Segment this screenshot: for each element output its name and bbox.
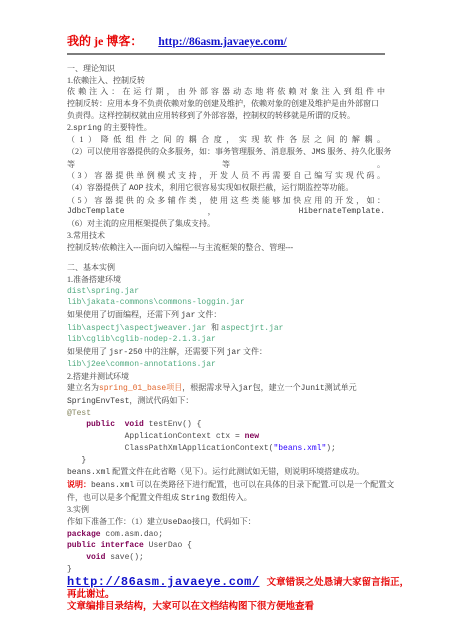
text-segment: spring bbox=[73, 124, 102, 133]
text-line: （1）降低组件之间的耦合度，实现软件各层之间的解耦。 bbox=[67, 134, 385, 146]
text-segment: 如果使用了切面编程，还需下列 bbox=[67, 310, 181, 319]
text-segment: 等 bbox=[67, 159, 75, 171]
text-segment: dist\spring.jar bbox=[67, 287, 139, 296]
text-line: ApplicationContext ctx = new bbox=[67, 431, 385, 443]
text-segment: 项目 bbox=[166, 383, 182, 392]
text-segment: 文章编排目录结构，大家可以在文档结构图下很方便地查看 bbox=[67, 602, 314, 612]
text-segment: 文件： bbox=[195, 310, 221, 319]
text-segment: jar bbox=[181, 311, 195, 320]
text-line: 再此谢过。 bbox=[67, 589, 385, 601]
text-segment: （6）对主流的应用框架提供了集成支持。 bbox=[67, 219, 215, 228]
text-line: 3.常用技术 bbox=[67, 230, 385, 242]
text-line: 二、基本实例 bbox=[67, 262, 385, 274]
text-line: package com.asm.dao; bbox=[67, 529, 385, 541]
text-segment: 2.搭建并测试环境 bbox=[67, 372, 129, 381]
text-segment: com.asm.dao; bbox=[101, 530, 163, 539]
text-line: 2.spring 的主要特性。 bbox=[67, 122, 385, 135]
text-line: 1.依赖注入、控制反转 bbox=[67, 75, 385, 87]
text-segment: 数组传入。 bbox=[210, 493, 252, 502]
page-content: 我的 je 博客：http://86asm.javaeye.com/ 一、理论知… bbox=[67, 33, 385, 613]
text-segment: ，测试代码如下： bbox=[129, 396, 193, 405]
text-segment: ClassPathXmlApplicationContext( bbox=[67, 444, 273, 453]
text-line: 2.搭建并测试环境 bbox=[67, 371, 385, 383]
text-line: lib\j2ee\common-annotations.jar bbox=[67, 359, 385, 371]
text-segment: 可以在类路径下进行配置，也可以在具体的目录下配置.可以是一个配置文 bbox=[134, 480, 394, 489]
text-line: 如果使用了切面编程，还需下列 jar 文件： bbox=[67, 309, 385, 322]
text-segment: 件，也可以是多个配置文件组成 bbox=[67, 493, 181, 502]
text-segment: （5）容器提供的众多辅作类，使用这些类能够加快应用的开发，如： bbox=[67, 196, 385, 205]
text-segment: jsr-250 bbox=[109, 348, 143, 357]
text-line: （4）容器提供了 AOP 技术，利用它很容易实现如权限拦截，运行期监控等功能。 bbox=[67, 182, 385, 195]
text-segment: @Test bbox=[67, 409, 91, 418]
text-line: 负责得。这样控制权就由应用转移到了外部容器，控制权的转移就是所谓的反转。 bbox=[67, 110, 385, 122]
text-segment: package bbox=[67, 530, 101, 539]
text-line: 件，也可以是多个配置文件组成 String 数组传入。 bbox=[67, 492, 385, 505]
text-segment: 说明： bbox=[67, 480, 91, 489]
blog-title: 我的 je 博客： bbox=[67, 34, 142, 48]
text-line: 作如下准备工作：（1）建立UseDao接口，代码如下： bbox=[67, 516, 385, 529]
text-segment: 和 bbox=[211, 323, 221, 332]
text-segment: 1.依赖注入、控制反转 bbox=[67, 76, 145, 85]
text-segment: JMS bbox=[311, 148, 325, 157]
text-line: 如果使用了 jsr-250 中的注解，还需要下列 jar 文件： bbox=[67, 346, 385, 359]
text-segment: UseDao bbox=[163, 518, 192, 527]
text-line: void save(); bbox=[67, 552, 385, 564]
text-segment: 包，建立一个 bbox=[253, 383, 301, 392]
document-page: 我的 je 博客：http://86asm.javaeye.com/ 一、理论知… bbox=[0, 0, 452, 640]
text-line: 控制反转/依赖注入---面向切入编程---与主流框架的整合、管理--- bbox=[67, 242, 385, 254]
text-segment: public bbox=[67, 541, 96, 550]
text-segment: 一、理论知识 bbox=[67, 64, 115, 73]
text-segment: 的主要特性。 bbox=[102, 123, 152, 132]
text-segment: beans.xml bbox=[67, 468, 110, 477]
text-line: 1.准备搭建环境 bbox=[67, 274, 385, 286]
text-segment: 测试单元 bbox=[325, 383, 357, 392]
text-segment: 控制反转/依赖注入---面向切入编程---与主流框架的整合、管理--- bbox=[67, 243, 293, 252]
text-segment: 3.实例 bbox=[67, 505, 89, 514]
text-line: 建立名为spring_01_base项目，根据需求导入jar包，建立一个Juni… bbox=[67, 382, 385, 395]
text-segment: 建立名为 bbox=[67, 383, 99, 392]
text-segment: lib\cglib\cglib-nodep-2.1.3.jar bbox=[67, 335, 216, 344]
text-segment: （3）容器提供单例模式支持，开发人员不再需要自己编写实现代码。 bbox=[67, 171, 385, 180]
text-segment: lib\aspectj\aspectjweaver.jar bbox=[67, 324, 211, 333]
text-segment: JdbcTemplate bbox=[67, 206, 125, 218]
text-segment: jar bbox=[227, 348, 241, 357]
text-segment: 配置文件在此省略（见下）。运行此测试如无错，则说明环境搭建成功。 bbox=[110, 467, 364, 476]
text-segment: 1.准备搭建环境 bbox=[67, 275, 121, 284]
text-segment: public bbox=[86, 420, 115, 429]
text-line: （2）可以使用容器提供的众多服务，如：事务管理服务、消息服务、JMS 服务、持久… bbox=[67, 146, 385, 159]
text-segment bbox=[67, 420, 86, 429]
text-line: lib\aspectj\aspectjweaver.jar 和 aspectjr… bbox=[67, 322, 385, 335]
text-segment: 如果使用了 bbox=[67, 347, 109, 356]
text-line: 控制反转：应用本身不负责依赖对象的创建及维护，依赖对象的创建及维护是由外部窗口 bbox=[67, 98, 385, 110]
text-segment: ， bbox=[208, 206, 216, 218]
text-segment: ，根据需求导入 bbox=[182, 383, 238, 392]
text-segment: 再此谢过。 bbox=[67, 590, 115, 600]
text-segment: interface bbox=[101, 541, 144, 550]
text-segment: 接口，代码如下： bbox=[192, 517, 256, 526]
text-segment: lib\j2ee\common-annotations.jar bbox=[67, 360, 216, 369]
text-segment: 二、基本实例 bbox=[67, 263, 115, 272]
text-line: lib\cglib\cglib-nodep-2.1.3.jar bbox=[67, 334, 385, 346]
text-segment: beans.xml bbox=[91, 481, 134, 490]
document-body: 一、理论知识1.依赖注入、控制反转依赖注入：在运行期，由外部容器动态地将依赖对象… bbox=[67, 63, 385, 613]
text-segment: 文章错误之处恳请大家留言指正， bbox=[260, 578, 410, 588]
text-segment: lib\jakata-commons\commons-loggin.jar bbox=[67, 298, 245, 307]
text-segment: jar bbox=[238, 384, 252, 393]
text-line: 等等。 bbox=[67, 159, 385, 171]
text-line: 3.实例 bbox=[67, 504, 385, 516]
header-divider bbox=[67, 53, 385, 55]
text-line: （6）对主流的应用框架提供了集成支持。 bbox=[67, 218, 385, 230]
text-segment: void bbox=[125, 420, 144, 429]
text-segment: UserDao { bbox=[144, 541, 192, 550]
text-line: 一、理论知识 bbox=[67, 63, 385, 75]
text-line: beans.xml 配置文件在此省略（见下）。运行此测试如无错，则说明环境搭建成… bbox=[67, 466, 385, 479]
text-segment: 文件： bbox=[241, 347, 267, 356]
text-line: 说明：beans.xml 可以在类路径下进行配置，也可以在具体的目录下配置.可以… bbox=[67, 479, 385, 492]
text-segment: HibernateTemplate. bbox=[299, 206, 385, 218]
text-line: public void testEnv() { bbox=[67, 419, 385, 431]
text-segment: } bbox=[67, 565, 72, 574]
text-segment: 控制反转：应用本身不负责依赖对象的创建及维护，依赖对象的创建及维护是由外部窗口 bbox=[67, 99, 379, 108]
text-segment: } bbox=[67, 456, 86, 465]
text-segment: aspectjrt.jar bbox=[221, 324, 283, 333]
text-segment: 3.常用技术 bbox=[67, 231, 105, 240]
text-line: （3）容器提供单例模式支持，开发人员不再需要自己编写实现代码。 bbox=[67, 170, 385, 182]
text-segment: ); bbox=[326, 444, 336, 453]
text-line: JdbcTemplate，HibernateTemplate. bbox=[67, 206, 385, 218]
text-segment: 。 bbox=[377, 159, 385, 171]
text-segment: SpringEnvTest bbox=[67, 397, 129, 406]
text-segment: 等 bbox=[222, 159, 230, 171]
text-line: lib\jakata-commons\commons-loggin.jar bbox=[67, 297, 385, 309]
text-segment bbox=[67, 553, 86, 562]
footer-url-link[interactable]: http://86asm.javaeye.com/ bbox=[67, 575, 260, 589]
text-segment: 负责得。这样控制权就由应用转移到了外部容器，控制权的转移就是所谓的反转。 bbox=[67, 111, 355, 120]
text-line: 文章编排目录结构，大家可以在文档结构图下很方便地查看 bbox=[67, 601, 385, 613]
text-line: （5）容器提供的众多辅作类，使用这些类能够加快应用的开发，如： bbox=[67, 195, 385, 207]
text-segment: String bbox=[181, 494, 210, 503]
blog-url-link[interactable]: http://86asm.javaeye.com/ bbox=[158, 36, 286, 48]
text-line bbox=[67, 253, 385, 262]
text-segment: 中的注解，还需要下列 bbox=[143, 347, 227, 356]
text-line: } bbox=[67, 455, 385, 467]
text-segment: "beans.xml" bbox=[273, 444, 326, 453]
text-segment: （1）降低组件之间的耦合度，实现软件各层之间的解耦。 bbox=[67, 135, 385, 144]
text-line: @Test bbox=[67, 408, 385, 420]
text-segment: void bbox=[86, 553, 105, 562]
text-segment: Junit bbox=[301, 384, 325, 393]
text-segment: testEnv() { bbox=[144, 420, 202, 429]
text-segment: （4）容器提供了 bbox=[67, 183, 129, 192]
text-segment: ApplicationContext ctx = bbox=[67, 432, 245, 441]
text-line: ClassPathXmlApplicationContext("beans.xm… bbox=[67, 443, 385, 455]
text-segment: 作如下准备工作：（1）建立 bbox=[67, 517, 163, 526]
page-header: 我的 je 博客：http://86asm.javaeye.com/ bbox=[67, 33, 385, 50]
text-line: SpringEnvTest，测试代码如下： bbox=[67, 395, 385, 408]
text-line: public interface UserDao { bbox=[67, 540, 385, 552]
text-segment: 服务、持久化服务 bbox=[325, 147, 391, 156]
text-segment bbox=[115, 420, 125, 429]
text-segment: 技术，利用它很容易实现如权限拦截，运行期监控等功能。 bbox=[143, 183, 353, 192]
text-line: http://86asm.javaeye.com/ 文章错误之处恳请大家留言指正… bbox=[67, 576, 385, 589]
text-segment: AOP bbox=[129, 184, 143, 193]
text-segment: new bbox=[245, 432, 259, 441]
text-line: dist\spring.jar bbox=[67, 286, 385, 298]
text-segment: （2）可以使用容器提供的众多服务，如：事务管理服务、消息服务、 bbox=[67, 147, 311, 156]
text-line: 依赖注入：在运行期，由外部容器动态地将依赖对象注入到组件中 bbox=[67, 86, 385, 98]
text-segment: spring_01_base bbox=[99, 384, 166, 393]
text-segment: 依赖注入：在运行期，由外部容器动态地将依赖对象注入到组件中 bbox=[67, 87, 385, 96]
text-segment: save(); bbox=[105, 553, 143, 562]
